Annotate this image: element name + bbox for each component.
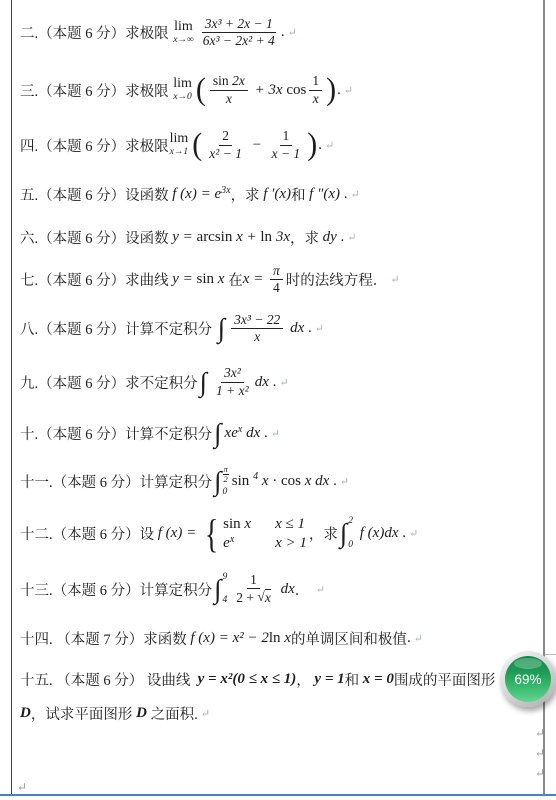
math-upright: cos — [286, 82, 306, 99]
left-brace-icon: { — [205, 514, 218, 554]
math-upright: 4 — [273, 280, 280, 296]
big-paren: ( — [196, 74, 206, 106]
math-upright: 1 — [312, 73, 319, 89]
numerator: 3x³ − 22 — [231, 312, 283, 329]
power-base: xe — [225, 425, 238, 441]
numerator: π — [270, 263, 283, 280]
cases-grid: sin xx ≤ 1exx > 1 — [223, 516, 307, 552]
math-italic: f (x) = — [158, 525, 200, 542]
paragraph-mark: ↵ — [279, 376, 288, 389]
math-upright: 1 — [283, 128, 290, 144]
problem-row: 五.（本题 6 分）设函数 f (x) = e3x，求 f ′(x)和 f ″(… — [20, 171, 542, 217]
text-run: 十三.（本题 6 分）计算定积分 — [20, 579, 212, 600]
case-condition: x ≤ 1 — [275, 516, 307, 533]
math-upright: ln — [260, 229, 275, 246]
power-exponent: 3x — [221, 185, 230, 196]
math-italic: y = — [172, 271, 196, 288]
power-base: f (x) = e — [172, 186, 221, 202]
paragraph-mark: ↵ — [316, 583, 325, 596]
lower-bound: 0 — [348, 541, 353, 551]
text-run: 十.（本题 6 分）计算不定积分 — [20, 423, 212, 444]
math-upright: sin — [232, 473, 253, 490]
denominator: 2 + √x — [233, 589, 274, 606]
radicand: x — [265, 589, 271, 606]
power-expression: ex — [223, 535, 234, 550]
math-italic: 3x³ + 2x − 1 — [205, 16, 273, 32]
numerator: 2 — [219, 128, 232, 145]
upper-den: 2 — [224, 475, 228, 484]
numerator: 1 — [280, 128, 293, 145]
document-page: 二.（本题 6 分）求极限 limx→∞3x³ + 2x − 16x³ − 2x… — [0, 0, 556, 800]
math-bold-italic: y = 1 — [314, 671, 344, 688]
problem-row: 十一.（本题 6 分）计算定积分∫π20sin 4 x · cos x dx .… — [20, 457, 542, 505]
paragraph-mark: ↵ — [340, 475, 349, 488]
lim-word: lim — [170, 132, 189, 146]
fraction: 3x³ + 2x − 16x³ − 2x² + 4 — [200, 16, 278, 49]
math-upright: . — [281, 24, 285, 41]
denominator: 4 — [270, 280, 283, 296]
numerator: 1 — [247, 572, 260, 589]
integral: ∫94 — [214, 573, 227, 606]
problem-row: 四.（本题 6 分）求极限limx→1(2x² − 1 − 1x − 1).↵ — [20, 119, 542, 171]
math-upright: . — [407, 630, 411, 647]
page-border-left — [11, 0, 12, 794]
integral-sign-icon: ∫ — [218, 315, 225, 342]
numerator: 3x² — [221, 365, 244, 382]
math-upright: . — [337, 229, 345, 246]
limit: limx→0 — [173, 77, 192, 103]
case-expression: ex — [223, 535, 251, 552]
math-upright: · cos — [272, 473, 305, 490]
text-run: 十一.（本题 6 分）计算定积分 — [20, 471, 212, 492]
bottom-window-edge — [0, 794, 556, 796]
text-run: 二.（本题 6 分）求极限 — [20, 22, 172, 43]
upper-bound: 9 — [223, 573, 228, 583]
math-italic: dx — [242, 425, 260, 442]
paragraph-mark: ↵ — [201, 707, 210, 720]
math-italic: x — [284, 630, 291, 647]
math-upright: . — [337, 82, 341, 99]
math-italic: x = — [243, 271, 267, 288]
text-run: 的单调区间和极值 — [291, 628, 407, 649]
problem-row: 十五. （本题 6 分） 设曲线 y = x²(0 ≤ x ≤ 1)， y = … — [20, 661, 542, 698]
denominator: 6x³ − 2x² + 4 — [200, 33, 278, 49]
math-bold-italic: D — [132, 705, 150, 722]
text-run: ，试求平面图形 — [31, 703, 133, 724]
problem-row: D，试求平面图形 D 之面积.↵ — [20, 698, 542, 728]
paragraph-mark: ↵ — [535, 766, 545, 781]
problem-row: 十四. （本题 7 分）求函数 f (x) = x² − 2ln x的单调区间和… — [20, 616, 542, 661]
text-run: 和 — [345, 669, 363, 690]
math-upright: . — [340, 186, 348, 203]
math-italic: f (x) = x² − 2 — [190, 630, 268, 647]
math-upright: sin — [213, 73, 232, 89]
badge-green-ball-icon: 69% — [505, 656, 551, 702]
text-run: 时的法线方程． — [286, 269, 388, 290]
fraction: 2x² − 1 — [206, 128, 245, 161]
math-italic: + 3x — [251, 82, 287, 99]
big-paren: ( — [192, 129, 202, 161]
lim-word: lim — [173, 77, 192, 91]
margin-tick — [545, 654, 556, 655]
limit: limx→1 — [170, 132, 189, 158]
power-expression: xex — [225, 425, 243, 442]
math-upright: . — [304, 320, 312, 337]
math-italic: 3x³ − 22 — [234, 312, 280, 328]
fraction: 1x — [309, 73, 322, 106]
text-run: 在 — [228, 269, 243, 290]
math-italic: x — [254, 329, 260, 345]
paragraph-mark: ↵ — [535, 726, 545, 741]
text-run: 九.（本题 6 分）求不定积分 — [20, 372, 198, 393]
math-italic: x — [258, 473, 272, 490]
math-italic: 6x³ − 2x² + 4 — [203, 33, 275, 49]
math-upright: sin — [223, 516, 244, 532]
superscript: 4 — [253, 471, 258, 482]
paragraph-mark: ↵ — [344, 84, 353, 97]
math-italic: − — [248, 137, 266, 154]
math-italic: π — [273, 263, 280, 279]
math-italic: x² − 1 — [209, 146, 242, 162]
power-exponent: x — [238, 424, 242, 435]
lower-bound: 0 — [223, 488, 229, 498]
math-italic: dx — [255, 374, 269, 391]
integral: ∫20 — [340, 517, 353, 550]
upper-bound: π2 — [223, 465, 229, 485]
fraction: 12 + √x — [233, 572, 274, 606]
problem-row: 十二.（本题 6 分）设 f (x) = {sin xx ≤ 1exx > 1，… — [20, 505, 542, 562]
text-run: 六.（本题 6 分）设函数 — [20, 227, 172, 248]
problem-row: 六.（本题 6 分）设函数 y = arcsin x + ln 3x，求 dy … — [20, 217, 542, 257]
lim-subscript: x→1 — [170, 148, 188, 158]
problem-row: 二.（本题 6 分）求极限 limx→∞3x³ + 2x − 16x³ − 2x… — [20, 4, 542, 61]
text-run: 四.（本题 6 分）求极限 — [20, 135, 169, 156]
math-upright: . — [269, 374, 277, 391]
denominator: x — [310, 91, 322, 107]
square-root: √x — [257, 589, 270, 606]
math-italic: x − 1 — [272, 146, 301, 162]
math-upright: . — [329, 473, 337, 490]
math-upright: 1 — [250, 572, 257, 588]
math-italic: f ″(x) — [309, 186, 340, 203]
math-upright: . — [399, 525, 407, 542]
math-italic: x — [218, 271, 228, 288]
limit: limx→∞ — [173, 20, 194, 46]
piecewise-function: {sin xx ≤ 1exx > 1 — [202, 514, 307, 554]
denominator: x — [223, 91, 235, 107]
text-run: ，求 — [231, 184, 264, 205]
math-italic: x dx — [305, 473, 330, 490]
integral: ∫ — [200, 369, 207, 396]
text-run: 和 — [291, 184, 309, 205]
text-run: 围成的平面图形 — [394, 669, 496, 690]
integral-sign-icon: ∫ — [340, 520, 347, 547]
math-upright: . — [318, 137, 322, 154]
lim-word: lim — [174, 20, 193, 34]
problem-list: 二.（本题 6 分）求极限 limx→∞3x³ + 2x − 16x³ − 2x… — [20, 4, 542, 728]
math-italic: 1 + x² — [216, 383, 249, 399]
math-upright: . — [260, 425, 268, 442]
lim-subscript: x→0 — [173, 93, 191, 103]
paragraph-mark: ↵ — [347, 231, 356, 244]
numerator: sin 2x — [210, 73, 248, 90]
math-italic: 2x — [232, 73, 245, 89]
integral: ∫π20 — [214, 465, 229, 498]
math-bold-italic: x = 0 — [363, 671, 394, 688]
math-italic: x — [313, 91, 319, 107]
lower-bound: 4 — [223, 596, 228, 606]
integral: ∫ — [214, 420, 221, 447]
problem-row: 七.（本题 6 分）求曲线 y = sin x 在x = π4时的法线方程．↵ — [20, 257, 542, 302]
math-italic: 3x — [276, 229, 290, 246]
problem-row: 十三.（本题 6 分）计算定积分∫9412 + √x dx． ↵ — [20, 562, 542, 616]
case-condition: x > 1 — [275, 535, 307, 552]
radical-icon: √ — [257, 589, 264, 605]
text-run: 三.（本题 6 分）求极限 — [20, 80, 172, 101]
fraction: sin 2xx — [210, 73, 248, 106]
math-upright: 2 — [222, 128, 229, 144]
badge-percentage: 69% — [514, 672, 541, 687]
fraction: π4 — [270, 263, 283, 296]
math-italic: x — [244, 516, 251, 532]
fraction: 3x²1 + x² — [213, 365, 252, 398]
problem-row: 八.（本题 6 分）计算不定积分 ∫3x³ − 22x dx .↵ — [20, 302, 542, 355]
text-run: 十二.（本题 6 分）设 — [20, 523, 158, 544]
integral-sign-icon: ∫ — [214, 468, 221, 495]
numerator: 3x³ + 2x − 1 — [202, 16, 276, 33]
integral-sign-icon: ∫ — [200, 369, 207, 396]
math-italic: 3x² — [224, 365, 241, 381]
paragraph-mark: ↵ — [288, 26, 297, 39]
integral-sign-icon: ∫ — [214, 576, 221, 603]
paragraph-mark: ↵ — [315, 322, 324, 335]
paragraph-mark: ↵ — [414, 632, 423, 645]
text-run: 之面积. — [151, 703, 198, 724]
paragraph-mark: ↵ — [17, 780, 27, 795]
math-italic: dx — [277, 581, 295, 598]
math-italic: x — [226, 91, 232, 107]
integral-bounds: π20 — [223, 465, 229, 498]
math-bold-italic: y = x²(0 ≤ x ≤ 1) — [198, 671, 297, 688]
math-italic: dy — [323, 229, 337, 246]
text-run: 五.（本题 6 分）设函数 — [20, 184, 172, 205]
denominator: x − 1 — [269, 146, 304, 162]
text-run: 十五. （本题 6 分） 设曲线 — [20, 669, 198, 690]
math-upright: ln — [269, 630, 284, 647]
math-bold-italic: D — [20, 705, 31, 722]
math-italic: dx — [286, 320, 304, 337]
text-run: ，求 — [290, 227, 323, 248]
integral-sign-icon: ∫ — [214, 420, 221, 447]
integral-bounds: 20 — [348, 517, 353, 550]
numerator: 1 — [309, 73, 322, 90]
math-upright: 2 + — [236, 590, 257, 606]
lim-subscript: x→∞ — [173, 36, 194, 46]
math-italic: x + — [236, 229, 260, 246]
paragraph-mark: ↵ — [535, 746, 545, 761]
paragraph-mark: ↵ — [271, 427, 280, 440]
math-italic: f ′(x) — [263, 186, 291, 203]
fraction: 1x − 1 — [269, 128, 304, 161]
power-expression: f (x) = e3x — [172, 186, 230, 203]
text-run: ． — [295, 579, 313, 600]
text-run: 八.（本题 6 分）计算不定积分 — [20, 318, 216, 339]
power-exponent: x — [230, 534, 234, 545]
case-expression: sin x — [223, 516, 251, 533]
power-base: e — [223, 535, 230, 551]
text-run: ，求 — [309, 523, 338, 544]
upper-bound: 2 — [348, 517, 353, 527]
text-run: ， — [296, 669, 314, 690]
fraction: 3x³ − 22x — [231, 312, 283, 345]
problem-row: 十.（本题 6 分）计算不定积分∫xex dx .↵ — [20, 409, 542, 457]
math-upright: sin — [197, 271, 218, 288]
battery-percentage-badge[interactable]: 69% — [500, 651, 556, 707]
paragraph-mark: ↵ — [409, 527, 418, 540]
denominator: 1 + x² — [213, 383, 252, 399]
integral-bounds: 94 — [223, 573, 228, 606]
problem-row: 九.（本题 6 分）求不定积分∫3x²1 + x²dx .↵ — [20, 355, 542, 409]
math-italic: f (x)dx — [356, 525, 398, 542]
big-paren: ) — [326, 74, 336, 106]
denominator: x² − 1 — [206, 146, 245, 162]
text-run: 十四. （本题 7 分）求函数 — [20, 628, 190, 649]
paragraph-mark: ↵ — [325, 139, 334, 152]
text-run: 七.（本题 6 分）求曲线 — [20, 269, 172, 290]
math-italic: y = — [172, 229, 196, 246]
problem-row: 三.（本题 6 分）求极限 limx→0(sin 2xx + 3x cos1x)… — [20, 61, 542, 119]
math-upright: arcsin — [197, 229, 237, 246]
denominator: x — [251, 329, 263, 345]
paragraph-mark: ↵ — [390, 273, 399, 286]
paragraph-mark: ↵ — [351, 188, 360, 201]
integral: ∫ — [218, 315, 225, 342]
big-paren: ) — [307, 129, 317, 161]
